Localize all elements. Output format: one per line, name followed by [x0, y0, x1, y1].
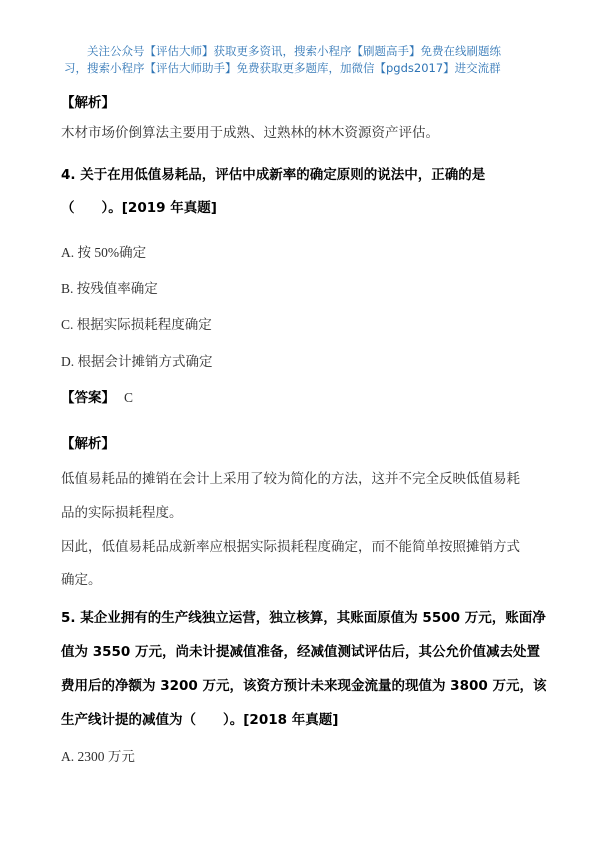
- answer-value: C: [124, 390, 133, 405]
- question-4-analysis-line: 品的实际损耗程度。: [61, 505, 183, 522]
- promo-header-line: 关注公众号【评估大师】获取更多资讯，搜索小程序【刷题高手】免费在线刷题练: [64, 43, 509, 60]
- question-4-option-c: C. 根据实际损耗程度确定: [61, 317, 212, 334]
- question-4-analysis-line: 确定。: [61, 572, 102, 589]
- question-5-stem-line: 费用后的净额为 3200 万元，该资方预计未来现金流量的现值为 3800 万元，…: [61, 678, 546, 695]
- question-4-option-a: A. 按 50%确定: [61, 245, 146, 262]
- question-5-option-a: A. 2300 万元: [61, 749, 135, 766]
- analysis-heading: 【解析】: [61, 95, 115, 112]
- question-4-answer: 【答案】C: [61, 390, 133, 407]
- question-4-analysis-heading: 【解析】: [61, 436, 115, 453]
- question-4-stem-line: （ ）。[2019 年真题]: [61, 200, 217, 217]
- question-4-option-b: B. 按残值率确定: [61, 281, 158, 298]
- document-page: 关注公众号【评估大师】获取更多资讯，搜索小程序【刷题高手】免费在线刷题练 习，搜…: [0, 0, 595, 841]
- question-4-analysis-line: 因此，低值易耗品成新率应根据实际损耗程度确定，而不能简单按照摊销方式: [61, 539, 520, 556]
- question-4-option-d: D. 根据会计摊销方式确定: [61, 354, 213, 371]
- promo-header-line: 习，搜索小程序【评估大师助手】免费获取更多题库，加微信【pgds2017】进交流…: [64, 60, 509, 77]
- question-5-stem-line: 5. 某企业拥有的生产线独立运营，独立核算，其账面原值为 5500 万元，账面净: [61, 610, 546, 627]
- question-5-stem-line: 值为 3550 万元，尚未计提减值准备，经减值测试评估后，其公允价值减去处置: [61, 644, 540, 661]
- answer-label: 【答案】: [61, 390, 115, 406]
- question-5-stem-line: 生产线计提的减值为（ ）。[2018 年真题]: [61, 712, 338, 729]
- question-4-analysis-line: 低值易耗品的摊销在会计上采用了较为简化的方法，这并不完全反映低值易耗: [61, 471, 520, 488]
- promo-header: 关注公众号【评估大师】获取更多资讯，搜索小程序【刷题高手】免费在线刷题练 习，搜…: [64, 43, 509, 76]
- analysis-text: 木材市场价倒算法主要用于成熟、过熟林的林木资源资产评估。: [61, 125, 439, 142]
- question-4-stem-line: 4. 关于在用低值易耗品，评估中成新率的确定原则的说法中，正确的是: [61, 167, 485, 184]
